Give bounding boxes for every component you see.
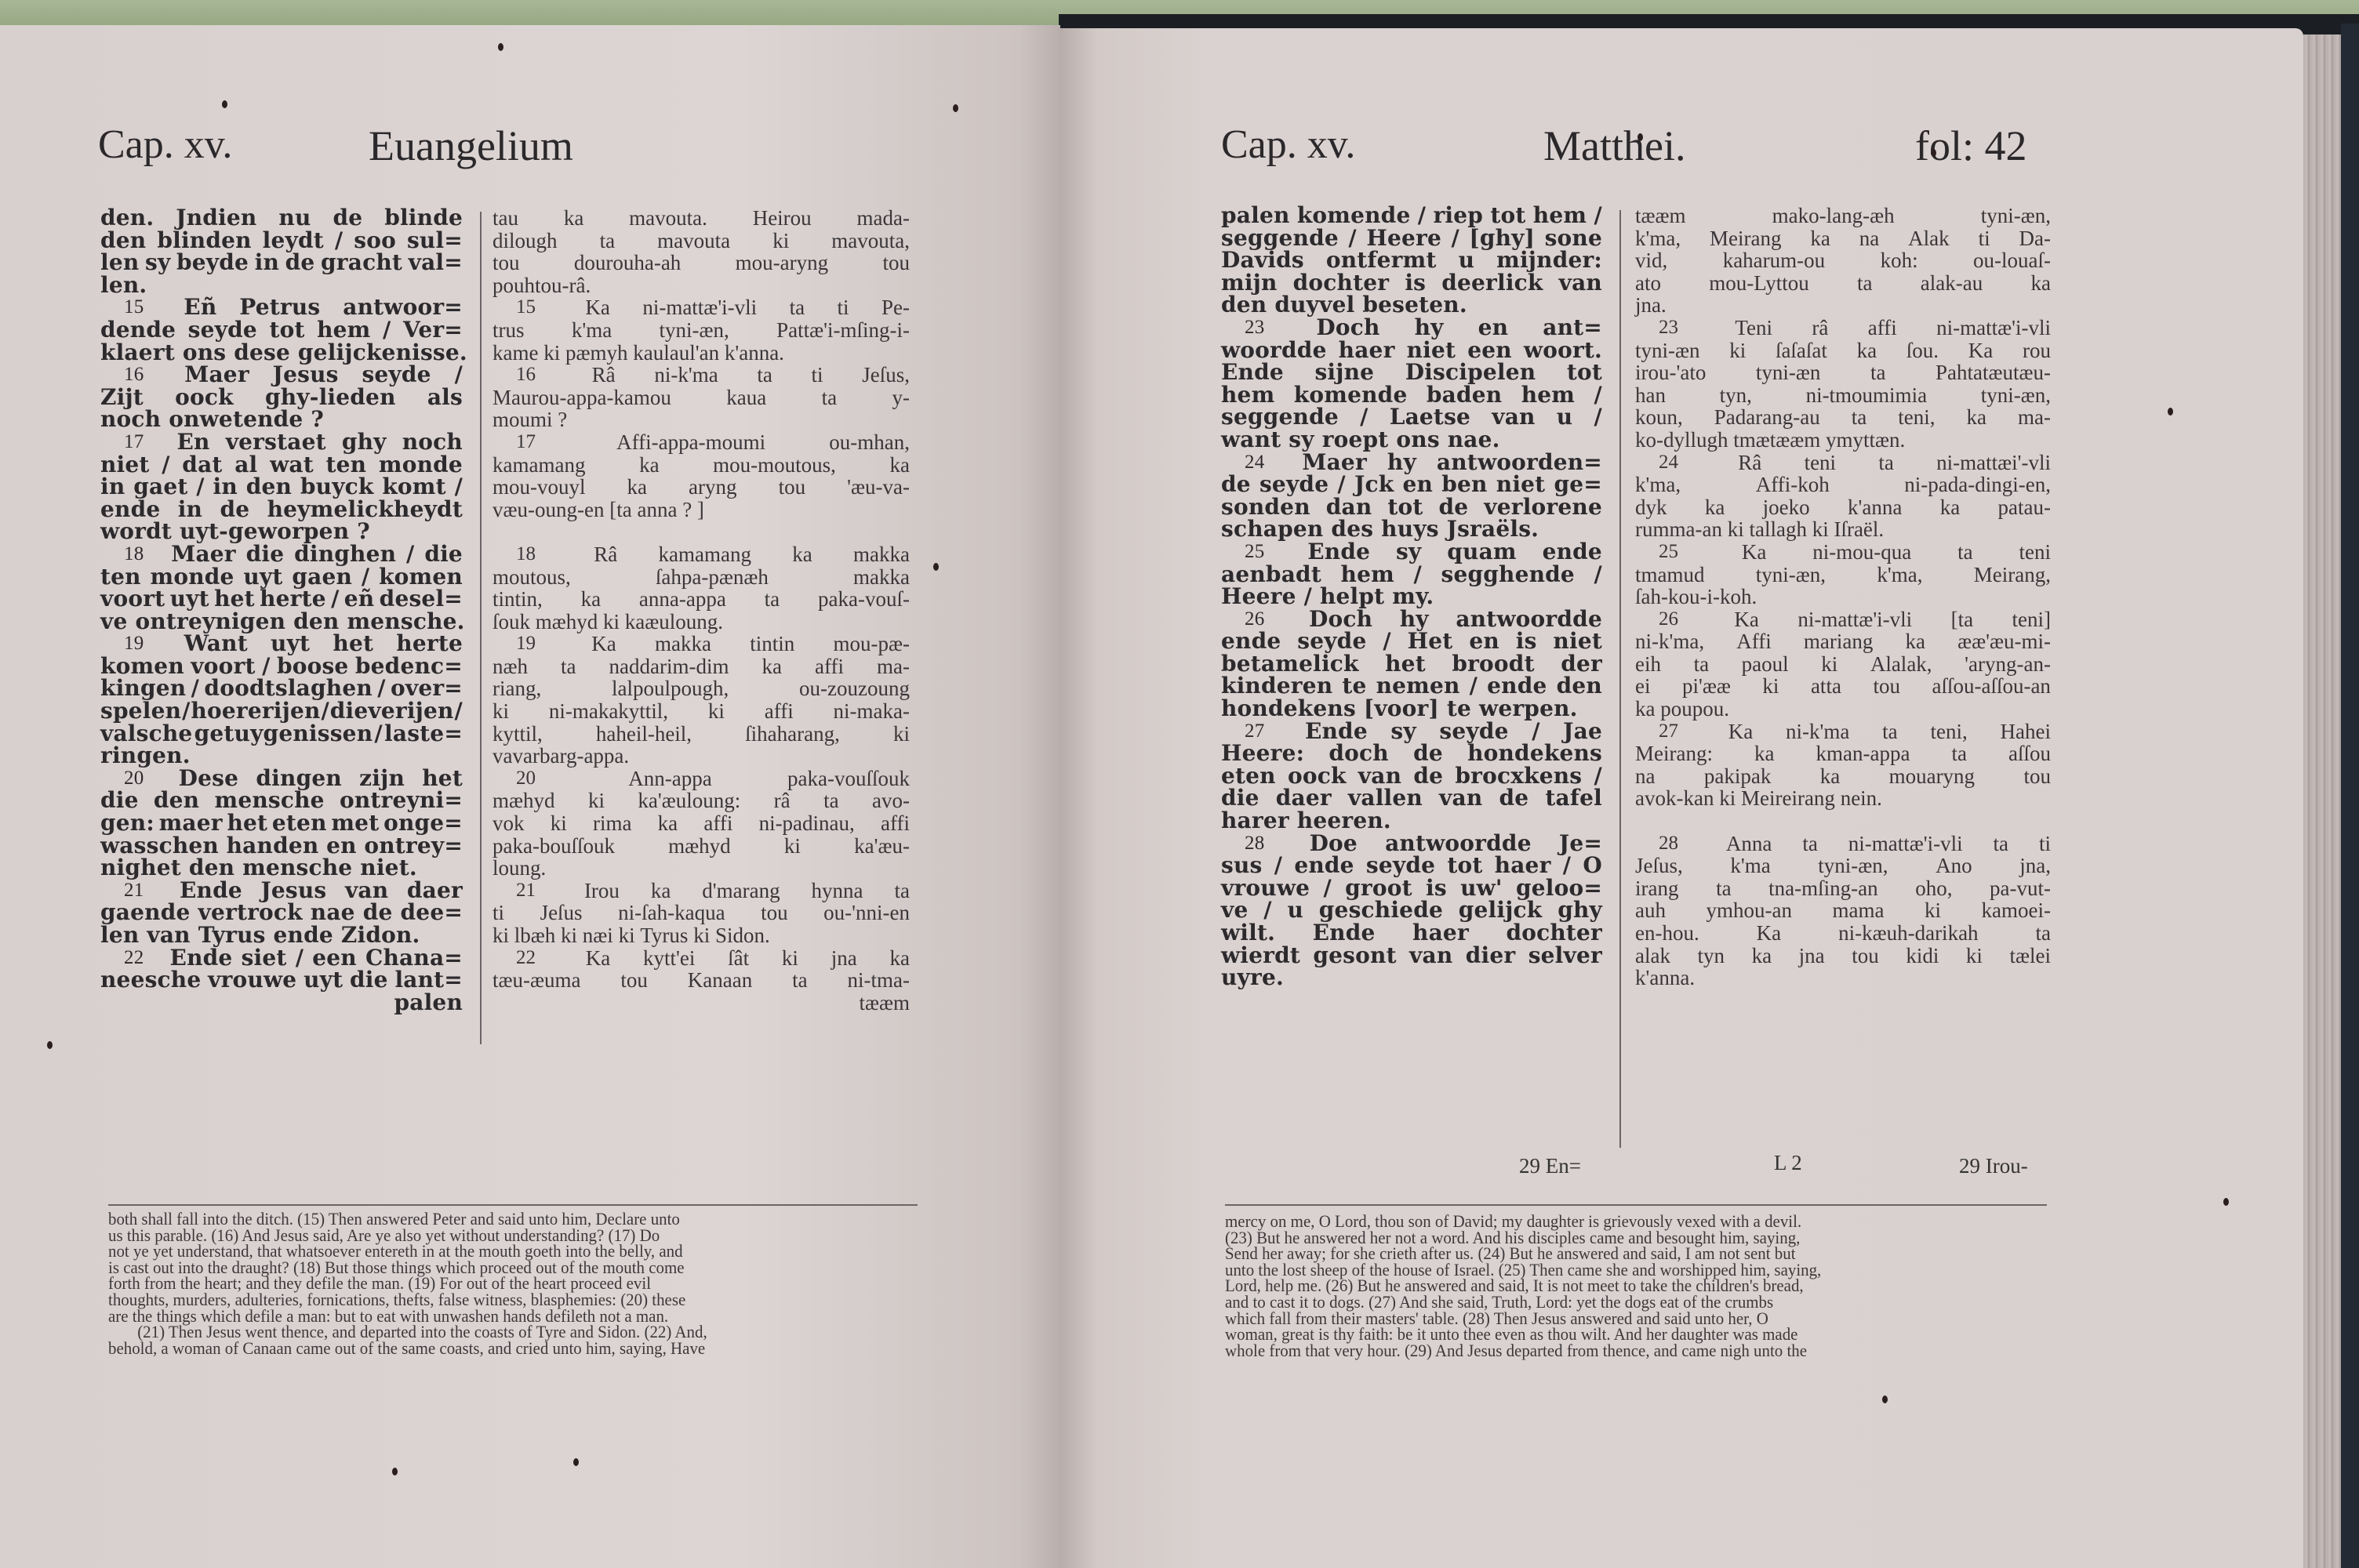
ink-spot: [47, 1041, 53, 1049]
text-line: lensybeydeindegrachtval=: [100, 252, 463, 274]
verse-number: 27: [1245, 720, 1264, 743]
ink-spot: [2223, 1198, 2229, 1206]
text-line: alaktynkajnatoukidikitælei: [1635, 945, 2051, 967]
text-line: den.Jndiennudeblinde: [100, 207, 463, 230]
text-line: endeindeheymelickheydt: [100, 499, 463, 521]
ink-spot: [1931, 149, 1936, 157]
text-line: Maurou-appa-kamoukauatay-: [493, 387, 910, 409]
text-line: 20Ann-appapaka-vouſſouk: [493, 768, 910, 790]
text-line: k'ma,MeirangkanaAlaktiDa-: [1635, 227, 2051, 250]
text-line: atomou-Lyttoutaalak-auka: [1635, 272, 2051, 295]
text-line: irou-'atotyni-æntaPahtatæutæu-: [1635, 361, 2051, 384]
verse-number: 17: [516, 431, 536, 454]
book-cover-edge: [2341, 24, 2359, 1568]
verse-number: 25: [1659, 541, 1678, 564]
english-footnote: mercy on me, O Lord, thou son of David; …: [1225, 1214, 2049, 1359]
footnote-line: whole from that very hour. (29) And Jesu…: [1225, 1343, 2049, 1359]
text-line: schapen des huys Jsraëls.: [1221, 518, 1602, 541]
verse-number: 15: [516, 296, 536, 319]
text-line: spelen/hoererijen/dieverijen/: [100, 700, 463, 723]
running-title: Matthei.: [1543, 122, 1685, 170]
verse-number: 28: [1659, 833, 1678, 855]
text-line: wasschenhandenenontrey=: [100, 835, 463, 858]
verse-number: 20: [124, 768, 144, 790]
text-line: 21EndeJesusvandaer: [100, 880, 463, 902]
verse-number: 25: [1245, 541, 1264, 564]
text-line: wordt uyt-geworpen ?: [100, 521, 463, 543]
text-line: irangtatna-mſing-anoho,pa-vut-: [1635, 877, 2051, 900]
text-line: ko-dyllugh tmætææm ymyttæn.: [1635, 429, 2051, 452]
text-line: komenvoort/boosebedenc=: [100, 655, 463, 678]
text-line: ki lbæh ki næi ki Tyrus ki Sidon.: [493, 924, 910, 947]
text-line: harer heeren.: [1221, 810, 1602, 833]
text-line: 23Dochhyenant=: [1221, 317, 1602, 339]
text-line: næhtanaddarim-dimkaaffima-: [493, 655, 910, 678]
formosan-column: taukamavouta.Heiroumada-diloughtamavouta…: [493, 207, 910, 1014]
text-line: 23Tenirâaffini-mattæ'i-vli: [1635, 317, 2051, 339]
text-line: 18Râkamamangkamakka: [493, 543, 910, 566]
text-line: palen: [100, 992, 463, 1014]
text-line: 24Maerhyantwoorden=: [1221, 452, 1602, 474]
text-line: tmamudtyni-æn,k'ma,Meirang,: [1635, 564, 2051, 586]
text-line: 20Desedingenzijnhet: [100, 768, 463, 790]
verse-number: 23: [1659, 317, 1678, 339]
text-line: 17Affi-appa-moumiou-mhan,: [493, 431, 910, 454]
text-line: ſah-kou-i-koh.: [1635, 586, 2051, 608]
text-line: eipi'æækiattatouaſſou-aſſou-an: [1635, 675, 2051, 698]
text-line: wilt.Endehaerdochter: [1221, 922, 1602, 945]
text-line: avok-kan ki Meireirang nein.: [1635, 787, 2051, 810]
text-line: pouhtou-râ.: [493, 274, 910, 297]
text-line: sus/endeseydetothaer/O: [1221, 855, 1602, 877]
text-line: loung.: [493, 857, 910, 880]
text-line: seggende/Heere/[ghy]sone: [1221, 227, 1602, 250]
text-line: len van Tyrus ende Zidon.: [100, 924, 463, 947]
column-rule: [1619, 210, 1621, 1148]
text-line: k'ma,Affi-kohni-pada-dingi-en,: [1635, 474, 2051, 496]
verse-number: 17: [124, 431, 144, 454]
footnote-rule: [1225, 1204, 2047, 1206]
text-line: vid,kaharum-oukoh:ou-louaſ-: [1635, 249, 2051, 272]
text-line: hantyn,ni-tmoumimiatyni-æn,: [1635, 384, 2051, 407]
verse-number: 19: [124, 633, 144, 655]
dutch-column: den.Jndiennudeblindedenblindenleydt/soos…: [100, 207, 463, 1014]
text-line: seggende/Laetsevanu/: [1221, 406, 1602, 429]
text-line: tææmmako-lang-æhtyni-æn,: [1635, 205, 2051, 227]
text-line: 26Dochhyantwoordde: [1221, 608, 1602, 631]
right-page: Cap. xv. Matthei. fol: 42 palenkomende/r…: [1060, 28, 2303, 1568]
text-line: 27Endesyseyde/Jae: [1221, 720, 1602, 743]
text-line: voortuythetherte/eñdesel=: [100, 588, 463, 611]
left-page: Cap. xv. Euangelium den.Jndiennudeblinde…: [0, 25, 1060, 1568]
text-line: riang,lalpoulpough,ou-zouzoung: [493, 677, 910, 700]
dutch-column: palenkomende/rieptothem/seggende/Heere/[…: [1221, 205, 1602, 989]
text-line: tenmondeuytgaen/komen: [100, 566, 463, 589]
verse-number: 21: [124, 880, 144, 902]
text-line: mæhydkika'æuloung:râtaavo-: [493, 789, 910, 812]
text-line: etenoockvandebrocxkens/: [1221, 765, 1602, 788]
verse-number: 26: [1245, 608, 1264, 631]
text-line: tææm: [493, 992, 910, 1014]
text-line: 17Enverstaetghynoch: [100, 431, 463, 454]
text-line: moutous,ſahpa-pænæhmakka: [493, 566, 910, 589]
text-line: nighet den mensche niet.: [100, 857, 463, 880]
text-line: trusk'matyni-æn,Pattæ'i-mſing-i-: [493, 319, 910, 342]
text-line: dykkajoekok'annakapatau-: [1635, 496, 2051, 519]
text-line: Davidsontfermtumijnder:: [1221, 249, 1602, 272]
ink-spot: [2168, 408, 2173, 416]
text-line: napakipakkamouaryngtou: [1635, 765, 2051, 788]
text-line: [493, 521, 910, 543]
text-line: ni-k'ma,Affimariangkaææ'æu-mi-: [1635, 630, 2051, 653]
text-line: diedenmenscheontreyni=: [100, 789, 463, 812]
ink-spot: [573, 1458, 579, 1466]
text-line: ingaet/indenbuyckkomt/: [100, 476, 463, 499]
ink-spot: [392, 1468, 398, 1475]
ink-spot: [222, 100, 227, 108]
text-line: ringen.: [100, 745, 463, 768]
text-line: 19Kamakkatintinmou-pæ-: [493, 633, 910, 655]
verse-number: 16: [516, 364, 536, 387]
text-line: klaert ons dese gelijckenisse.: [100, 342, 463, 365]
text-line: 28Annatani-mattæ'i-vlitati: [1635, 833, 2051, 855]
text-line: deseyde/Jckenbennietge=: [1221, 474, 1602, 496]
running-title: Euangelium: [369, 122, 573, 170]
text-line: sondendantotdeverlorene: [1221, 496, 1602, 519]
catchword-dutch: 29 En=: [1519, 1154, 1581, 1178]
text-line: 25Kani-mou-quatateni: [1635, 541, 2051, 564]
verse-number: 16: [124, 364, 144, 387]
text-line: 15Kani-mattæ'i-vlitatiPe-: [493, 296, 910, 319]
ink-spot: [498, 43, 503, 51]
text-line: wierdtgesontvandierselver: [1221, 945, 1602, 967]
text-line: EndesijneDiscipelentot: [1221, 361, 1602, 384]
text-line: 15EñPetrusantwoor=: [100, 296, 463, 319]
text-line: Meirang:kakman-appataaſſou: [1635, 742, 2051, 765]
text-line: ſouk mæhyd ki kaæuloung.: [493, 611, 910, 633]
text-line: ka poupou.: [1635, 698, 2051, 720]
text-line: toudourouha-ahmou-aryngtou: [493, 252, 910, 274]
verse-number: 28: [1245, 833, 1264, 855]
text-line: kame ki pæmyh kaulaul'an k'anna.: [493, 342, 910, 365]
text-line: 25Endesyquamende: [1221, 541, 1602, 564]
text-line: Zijtoockghy-liedenals: [100, 387, 463, 409]
text-line: væu-oung-en [ta anna ? ]: [493, 499, 910, 521]
running-head-left: Cap. xv. Euangelium: [0, 122, 1060, 176]
text-line: taukamavouta.Heiroumada-: [493, 207, 910, 230]
text-line: gen:maerhetetenmetonge=: [100, 812, 463, 835]
text-line: neeschevrouweuytdielant=: [100, 969, 463, 992]
text-line: koun,Padarang-autateni,kama-: [1635, 406, 2051, 429]
text-line: diloughtamavoutakimavouta,: [493, 230, 910, 252]
text-line: woorddehaernieteenwoort.: [1221, 339, 1602, 362]
english-footnote: both shall fall into the ditch. (15) The…: [108, 1211, 918, 1356]
text-line: hemkomendebadenhem/: [1221, 384, 1602, 407]
text-line: 16MaerJesusseyde/: [100, 364, 463, 387]
text-line: Jeſus,k'matyni-æn,Anojna,: [1635, 855, 2051, 877]
text-line: jna.: [1635, 294, 2051, 317]
text-line: mou-vouylkaaryngtou'æu-va-: [493, 476, 910, 499]
verse-number: 27: [1659, 720, 1678, 743]
text-line: rumma-an ki tallagh ki Iſraël.: [1635, 518, 2051, 541]
text-line: betamelickhetbroodtder: [1221, 653, 1602, 676]
verse-number: 26: [1659, 608, 1678, 631]
text-line: kinderentenemen/endeden: [1221, 675, 1602, 698]
folio-number: fol: 42: [1915, 122, 2027, 170]
text-line: paka-bouſſoukmæhydkika'æu-: [493, 835, 910, 858]
text-line: Heere / helpt my.: [1221, 586, 1602, 608]
verse-number: 15: [124, 296, 144, 319]
text-line: tintin,kaanna-appatapaka-vouſ-: [493, 588, 910, 611]
page-fore-edge: [2303, 34, 2341, 1568]
text-line: hondekens [voor] te werpen.: [1221, 698, 1602, 720]
text-line: uyre.: [1221, 967, 1602, 989]
column-rule: [480, 212, 482, 1044]
text-line: [1635, 810, 2051, 833]
text-line: 24Râtenitani-mattæi'-vli: [1635, 452, 2051, 474]
text-line: 21Iroukad'maranghynnata: [493, 880, 910, 902]
text-line: 26Kani-mattæ'i-vli[tateni]: [1635, 608, 2051, 631]
text-line: tæu-æumatouKanaantani-tma-: [493, 969, 910, 992]
ink-spot: [1637, 133, 1643, 141]
verse-number: 22: [124, 947, 144, 970]
text-line: dendeseydetothem/Ver=: [100, 319, 463, 342]
text-line: en-hou.Kani-kæuh-darikahta: [1635, 922, 2051, 945]
verse-number: 22: [516, 947, 536, 970]
ink-spot: [933, 563, 939, 571]
catchword-formosan: 29 Irou-: [1959, 1154, 2028, 1178]
text-line: tyni-ænkiſaſaſatkaſou.Karou: [1635, 339, 2051, 362]
text-line: vokkirimakaaffini-padinau,affi: [493, 812, 910, 835]
text-line: tiJeſusni-ſah-kaquatouou-'nni-en: [493, 902, 910, 924]
text-line: len.: [100, 274, 463, 297]
verse-number: 20: [516, 768, 536, 790]
text-line: 28DoeantwoorddeJe=: [1221, 833, 1602, 855]
text-line: gaendevertrocknaededee=: [100, 902, 463, 924]
text-line: mijndochterisdeerlickvan: [1221, 272, 1602, 295]
text-line: diedaervallenvandetafel: [1221, 787, 1602, 810]
footnote-rule: [108, 1204, 918, 1206]
text-line: 27Kani-k'matateni,Hahei: [1635, 720, 2051, 743]
text-line: kingen/doodtslaghen/over=: [100, 677, 463, 700]
text-line: k'anna.: [1635, 967, 2051, 989]
text-line: kini-makakyttil,kiaffini-maka-: [493, 700, 910, 723]
verse-number: 24: [1659, 452, 1678, 474]
text-line: niet/datalwattenmonde: [100, 454, 463, 477]
text-line: 22Kakytt'eiſâtkijnaka: [493, 947, 910, 970]
text-line: endeseyde/Hetenisniet: [1221, 630, 1602, 653]
verse-number: 18: [516, 543, 536, 566]
chapter-label: Cap. xv.: [1221, 122, 1355, 168]
text-line: 22Endesiet/eenChana=: [100, 947, 463, 970]
ink-spot: [953, 104, 958, 112]
text-line: noch onwetende ?: [100, 408, 463, 431]
text-line: vrouwe/grootisuw'geloo=: [1221, 877, 1602, 900]
text-line: den duyvel beseten.: [1221, 294, 1602, 317]
text-line: vavarbarg-appa.: [493, 745, 910, 768]
text-line: palenkomende/rieptothem/: [1221, 205, 1602, 227]
verse-number: 19: [516, 633, 536, 655]
verse-number: 24: [1245, 452, 1264, 474]
text-line: Heere:dochdehondekens: [1221, 742, 1602, 765]
text-line: 18Maerdiedinghen/die: [100, 543, 463, 566]
chapter-label: Cap. xv.: [98, 122, 232, 168]
text-line: eihtapaoulkiAlalak,'aryng-an-: [1635, 653, 2051, 676]
verse-number: 21: [516, 880, 536, 902]
text-line: want sy roept ons nae.: [1221, 429, 1602, 452]
text-line: denblindenleydt/soosul=: [100, 230, 463, 252]
ink-spot: [1882, 1396, 1888, 1403]
verse-number: 23: [1245, 317, 1264, 339]
text-line: moumi ?: [493, 408, 910, 431]
text-line: kyttil,haheil-heil,ſihaharang,ki: [493, 723, 910, 746]
signature-mark: L 2: [1774, 1151, 1802, 1175]
verse-number: 18: [124, 543, 144, 566]
text-line: auhymhou-anmamakikamoei-: [1635, 899, 2051, 922]
text-line: ve ontreynigen den mensche.: [100, 611, 463, 633]
text-line: aenbadthem/segghende/: [1221, 564, 1602, 586]
text-line: 16Râni-k'matatiJeſus,: [493, 364, 910, 387]
text-line: 19Wantuythetherte: [100, 633, 463, 655]
text-line: valschegetuygenissen/laste=: [100, 723, 463, 746]
formosan-column: tææmmako-lang-æhtyni-æn,k'ma,Meirangkana…: [1635, 205, 2051, 989]
text-line: kamamangkamou-moutous,ka: [493, 454, 910, 477]
footnote-line: behold, a woman of Canaan came out of th…: [108, 1341, 918, 1357]
text-line: ve/ugeschiedegelijckghy: [1221, 899, 1602, 922]
running-head-right: Cap. xv. Matthei. fol: 42: [1060, 122, 2303, 176]
